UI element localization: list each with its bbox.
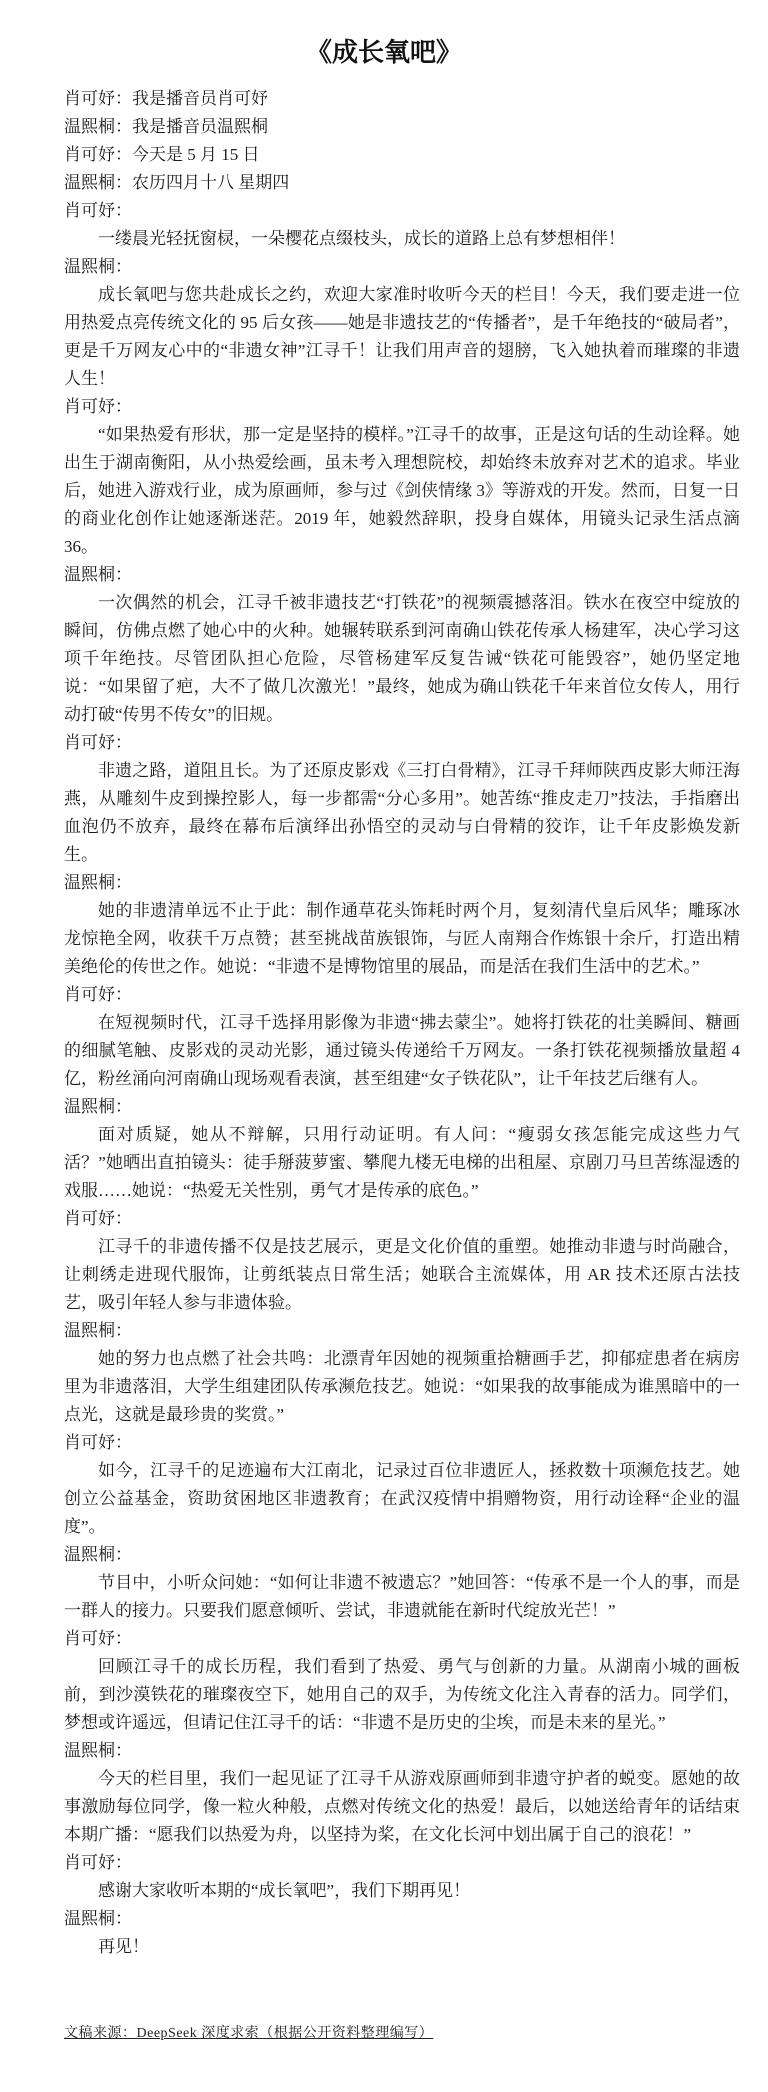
speaker-label: 肖可妤： (64, 1205, 740, 1233)
speaker-label: 肖可妤： (64, 981, 740, 1009)
dialogue-paragraph: 面对质疑，她从不辩解，只用行动证明。有人问：“瘦弱女孩怎能完成这些力气活？”她晒… (64, 1121, 740, 1205)
dialogue-paragraph: 成长氧吧与您共赴成长之约，欢迎大家准时收听今天的栏目！今天，我们要走进一位用热爱… (64, 281, 740, 393)
dialogue-paragraph: 今天的栏目里，我们一起见证了江寻千从游戏原画师到非遗守护者的蜕变。愿她的故事激励… (64, 1765, 740, 1849)
speaker-label: 温熙桐： (64, 1093, 740, 1121)
dialogue-paragraph: 如今，江寻千的足迹遍布大江南北，记录过百位非遗匠人，拯救数十项濒危技艺。她创立公… (64, 1457, 740, 1541)
dialogue-paragraph: 在短视频时代，江寻千选择用影像为非遗“拂去蒙尘”。她将打铁花的壮美瞬间、糖画的细… (64, 1009, 740, 1093)
dialogue-text: 今天是 5 月 15 日 (132, 145, 260, 164)
speaker-label: 肖可妤： (64, 1625, 740, 1653)
speaker-label: 温熙桐： (64, 253, 740, 281)
speaker-name: 温熙桐： (64, 117, 132, 136)
dialogue-line: 肖可妤：今天是 5 月 15 日 (64, 141, 740, 169)
speaker-label: 肖可妤： (64, 729, 740, 757)
speaker-label: 温熙桐： (64, 869, 740, 897)
dialogue-paragraph: 她的努力也点燃了社会共鸣：北漂青年因她的视频重拾糖画手艺，抑郁症患者在病房里为非… (64, 1345, 740, 1429)
dialogue-paragraph: 她的非遗清单远不止于此：制作通草花头饰耗时两个月，复刻清代皇后风华；雕琢冰龙惊艳… (64, 897, 740, 981)
dialogue-paragraph: 感谢大家收听本期的“成长氧吧”，我们下期再见！ (64, 1877, 740, 1905)
speaker-label: 肖可妤： (64, 1429, 740, 1457)
dialogue-line: 肖可妤：我是播音员肖可妤 (64, 85, 740, 113)
page-title: 《成长氧吧》 (0, 0, 768, 75)
speaker-label: 肖可妤： (64, 197, 740, 225)
dialogue-text: 我是播音员肖可妤 (132, 89, 268, 108)
dialogue-text: 农历四月十八 星期四 (132, 173, 289, 192)
dialogue-paragraph: 回顾江寻千的成长历程，我们看到了热爱、勇气与创新的力量。从湖南小城的画板前，到沙… (64, 1653, 740, 1737)
dialogue-paragraph: 节目中，小听众问她：“如何让非遗不被遗忘？”她回答：“传承不是一个人的事，而是一… (64, 1569, 740, 1625)
speaker-name: 温熙桐： (64, 173, 132, 192)
speaker-label: 温熙桐： (64, 1737, 740, 1765)
script-body: 肖可妤：我是播音员肖可妤温熙桐：我是播音员温熙桐肖可妤：今天是 5 月 15 日… (0, 75, 768, 1961)
dialogue-line: 温熙桐：我是播音员温熙桐 (64, 113, 740, 141)
dialogue-paragraph: 江寻千的非遗传播不仅是技艺展示，更是文化价值的重塑。她推动非遗与时尚融合，让刺绣… (64, 1233, 740, 1317)
dialogue-paragraph: 非遗之路，道阻且长。为了还原皮影戏《三打白骨精》，江寻千拜师陕西皮影大师汪海燕，… (64, 757, 740, 869)
speaker-label: 肖可妤： (64, 1849, 740, 1877)
source-note: 文稿来源：DeepSeek 深度求索（根据公开资料整理编写） (64, 2022, 433, 2042)
speaker-name: 肖可妤： (64, 89, 132, 108)
dialogue-paragraph: 一次偶然的机会，江寻千被非遗技艺“打铁花”的视频震撼落泪。铁水在夜空中绽放的瞬间… (64, 589, 740, 729)
dialogue-paragraph: 一缕晨光轻抚窗棂，一朵樱花点缀枝头，成长的道路上总有梦想相伴！ (64, 225, 740, 253)
speaker-label: 温熙桐： (64, 1317, 740, 1345)
dialogue-paragraph: “如果热爱有形状，那一定是坚持的模样。”江寻千的故事，正是这句话的生动诠释。她出… (64, 421, 740, 561)
dialogue-paragraph: 再见！ (64, 1933, 740, 1961)
document-page: 《成长氧吧》 肖可妤：我是播音员肖可妤温熙桐：我是播音员温熙桐肖可妤：今天是 5… (0, 0, 768, 2092)
speaker-label: 温熙桐： (64, 1905, 740, 1933)
speaker-name: 肖可妤： (64, 145, 132, 164)
speaker-label: 肖可妤： (64, 393, 740, 421)
dialogue-line: 温熙桐：农历四月十八 星期四 (64, 169, 740, 197)
speaker-label: 温熙桐： (64, 1541, 740, 1569)
dialogue-text: 我是播音员温熙桐 (132, 117, 268, 136)
speaker-label: 温熙桐： (64, 561, 740, 589)
